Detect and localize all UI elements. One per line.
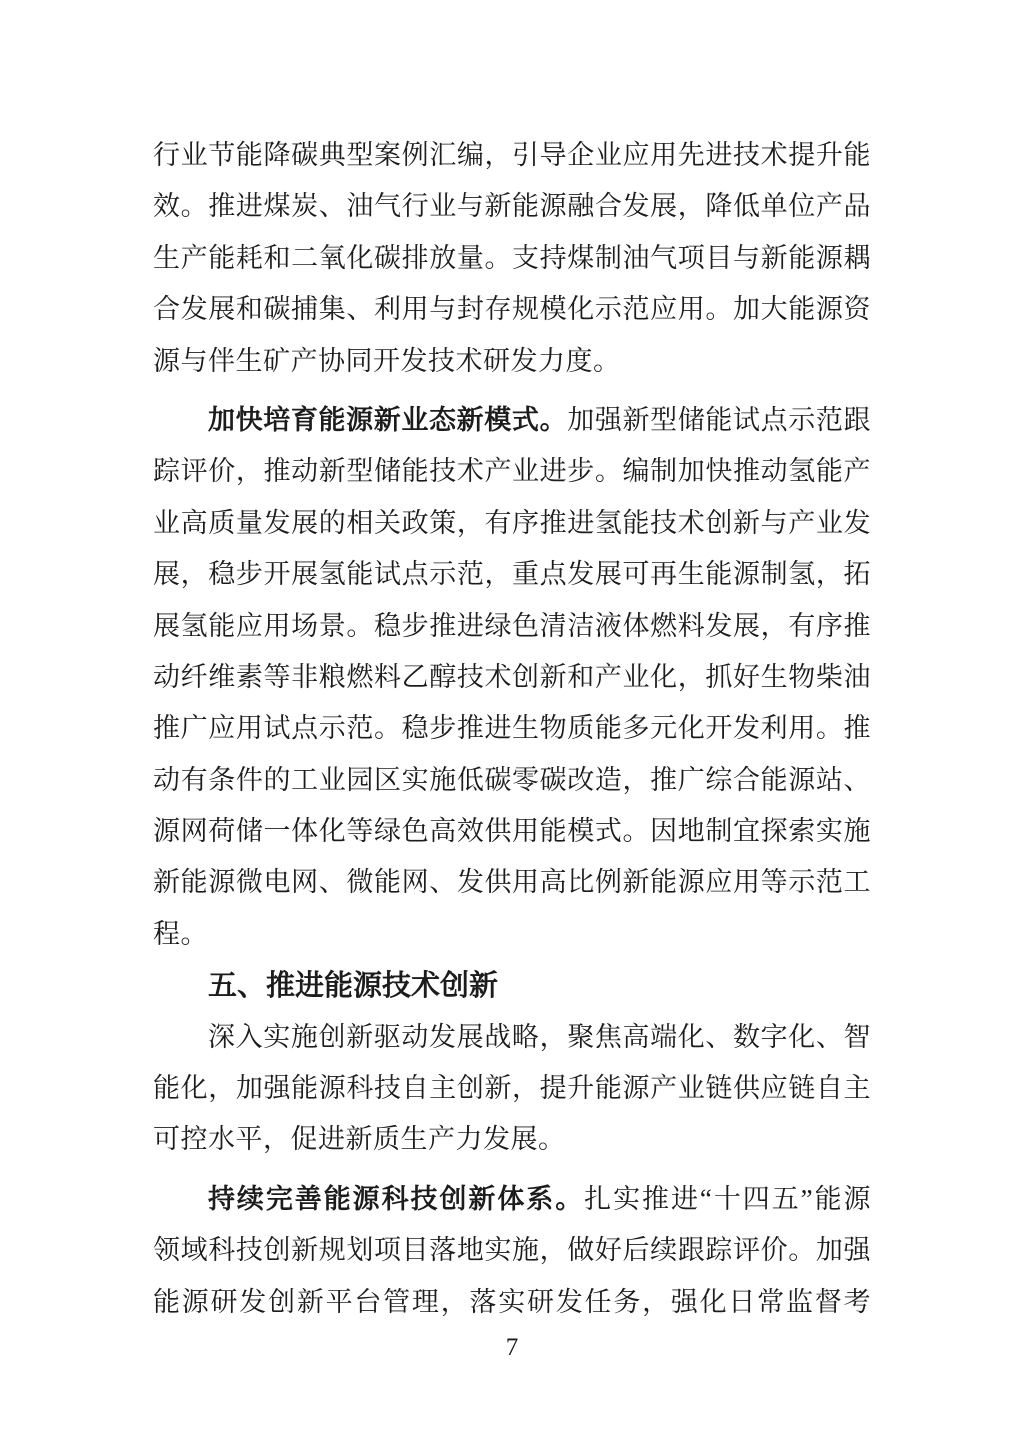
paragraph: 加快培育能源新业态新模式。加强新型储能试点示范跟 踪评价，推动新型储能技术产业进… [153,395,871,960]
body-line: 行业节能降碳典型案例汇编，引导企业应用先进技术提升能 [153,130,871,181]
paragraph: 深入实施创新驱动发展战略，聚焦高端化、数字化、智 能化，加强能源科技自主创新，提… [153,1012,871,1166]
body-line: 动纤维素等非粮燃料乙醇技术创新和产业化，抓好生物柴油 [153,652,871,703]
paragraph-lead-rest: 扎实推进“十四五”能源 [584,1184,871,1214]
paragraph-lead-bold: 加快培育能源新业态新模式。 [208,405,567,436]
body-line: 踪评价，推动新型储能技术产业进步。编制加快推动氢能产 [153,446,871,497]
body-line: 源网荷储一体化等绿色高效供用能模式。因地制宜探索实施 [153,806,871,857]
body-line: 业高质量发展的相关政策，有序推进氢能技术创新与产业发 [153,498,871,549]
paragraph-lead-rest: 加强新型储能试点示范跟 [567,405,871,435]
paragraph: 持续完善能源科技创新体系。扎实推进“十四五”能源 领域科技创新规划项目落地实施，… [153,1174,871,1328]
body-line: 能源研发创新平台管理，落实研发任务，强化日常监督考评。 [153,1277,871,1328]
paragraph-lead-bold: 持续完善能源科技创新体系。 [208,1184,584,1215]
paragraph: 行业节能降碳典型案例汇编，引导企业应用先进技术提升能 效。推进煤炭、油气行业与新… [153,130,871,387]
body-line: 深入实施创新驱动发展战略，聚焦高端化、数字化、智 [153,1012,871,1063]
document-text-block: 行业节能降碳典型案例汇编，引导企业应用先进技术提升能 效。推进煤炭、油气行业与新… [153,130,871,1328]
document-page: 行业节能降碳典型案例汇编，引导企业应用先进技术提升能 效。推进煤炭、油气行业与新… [0,0,1024,1448]
body-line: 新能源微电网、微能网、发供用高比例新能源应用等示范工 [153,857,871,908]
body-line: 能化，加强能源科技自主创新，提升能源产业链供应链自主 [153,1063,871,1114]
body-line: 展，稳步开展氢能试点示范，重点发展可再生能源制氢，拓 [153,549,871,600]
body-line: 效。推进煤炭、油气行业与新能源融合发展，降低单位产品 [153,181,871,232]
body-line: 生产能耗和二氧化碳排放量。支持煤制油气项目与新能源耦 [153,233,871,284]
body-line: 领域科技创新规划项目落地实施，做好后续跟踪评价。加强 [153,1225,871,1276]
page-number: 7 [0,1334,1024,1362]
body-line: 可控水平，促进新质生产力发展。 [153,1114,871,1165]
body-line: 合发展和碳捕集、利用与封存规模化示范应用。加大能源资 [153,284,871,335]
body-line: 动有条件的工业园区实施低碳零碳改造，推广综合能源站、 [153,755,871,806]
body-line: 持续完善能源科技创新体系。扎实推进“十四五”能源 [153,1174,871,1225]
body-line: 程。 [153,909,871,960]
section-heading: 五、推进能源技术创新 [153,960,871,1011]
body-line: 源与伴生矿产协同开发技术研发力度。 [153,336,871,387]
body-line: 展氢能应用场景。稳步推进绿色清洁液体燃料发展，有序推 [153,601,871,652]
body-line: 推广应用试点示范。稳步推进生物质能多元化开发利用。推 [153,703,871,754]
body-line: 加快培育能源新业态新模式。加强新型储能试点示范跟 [153,395,871,446]
